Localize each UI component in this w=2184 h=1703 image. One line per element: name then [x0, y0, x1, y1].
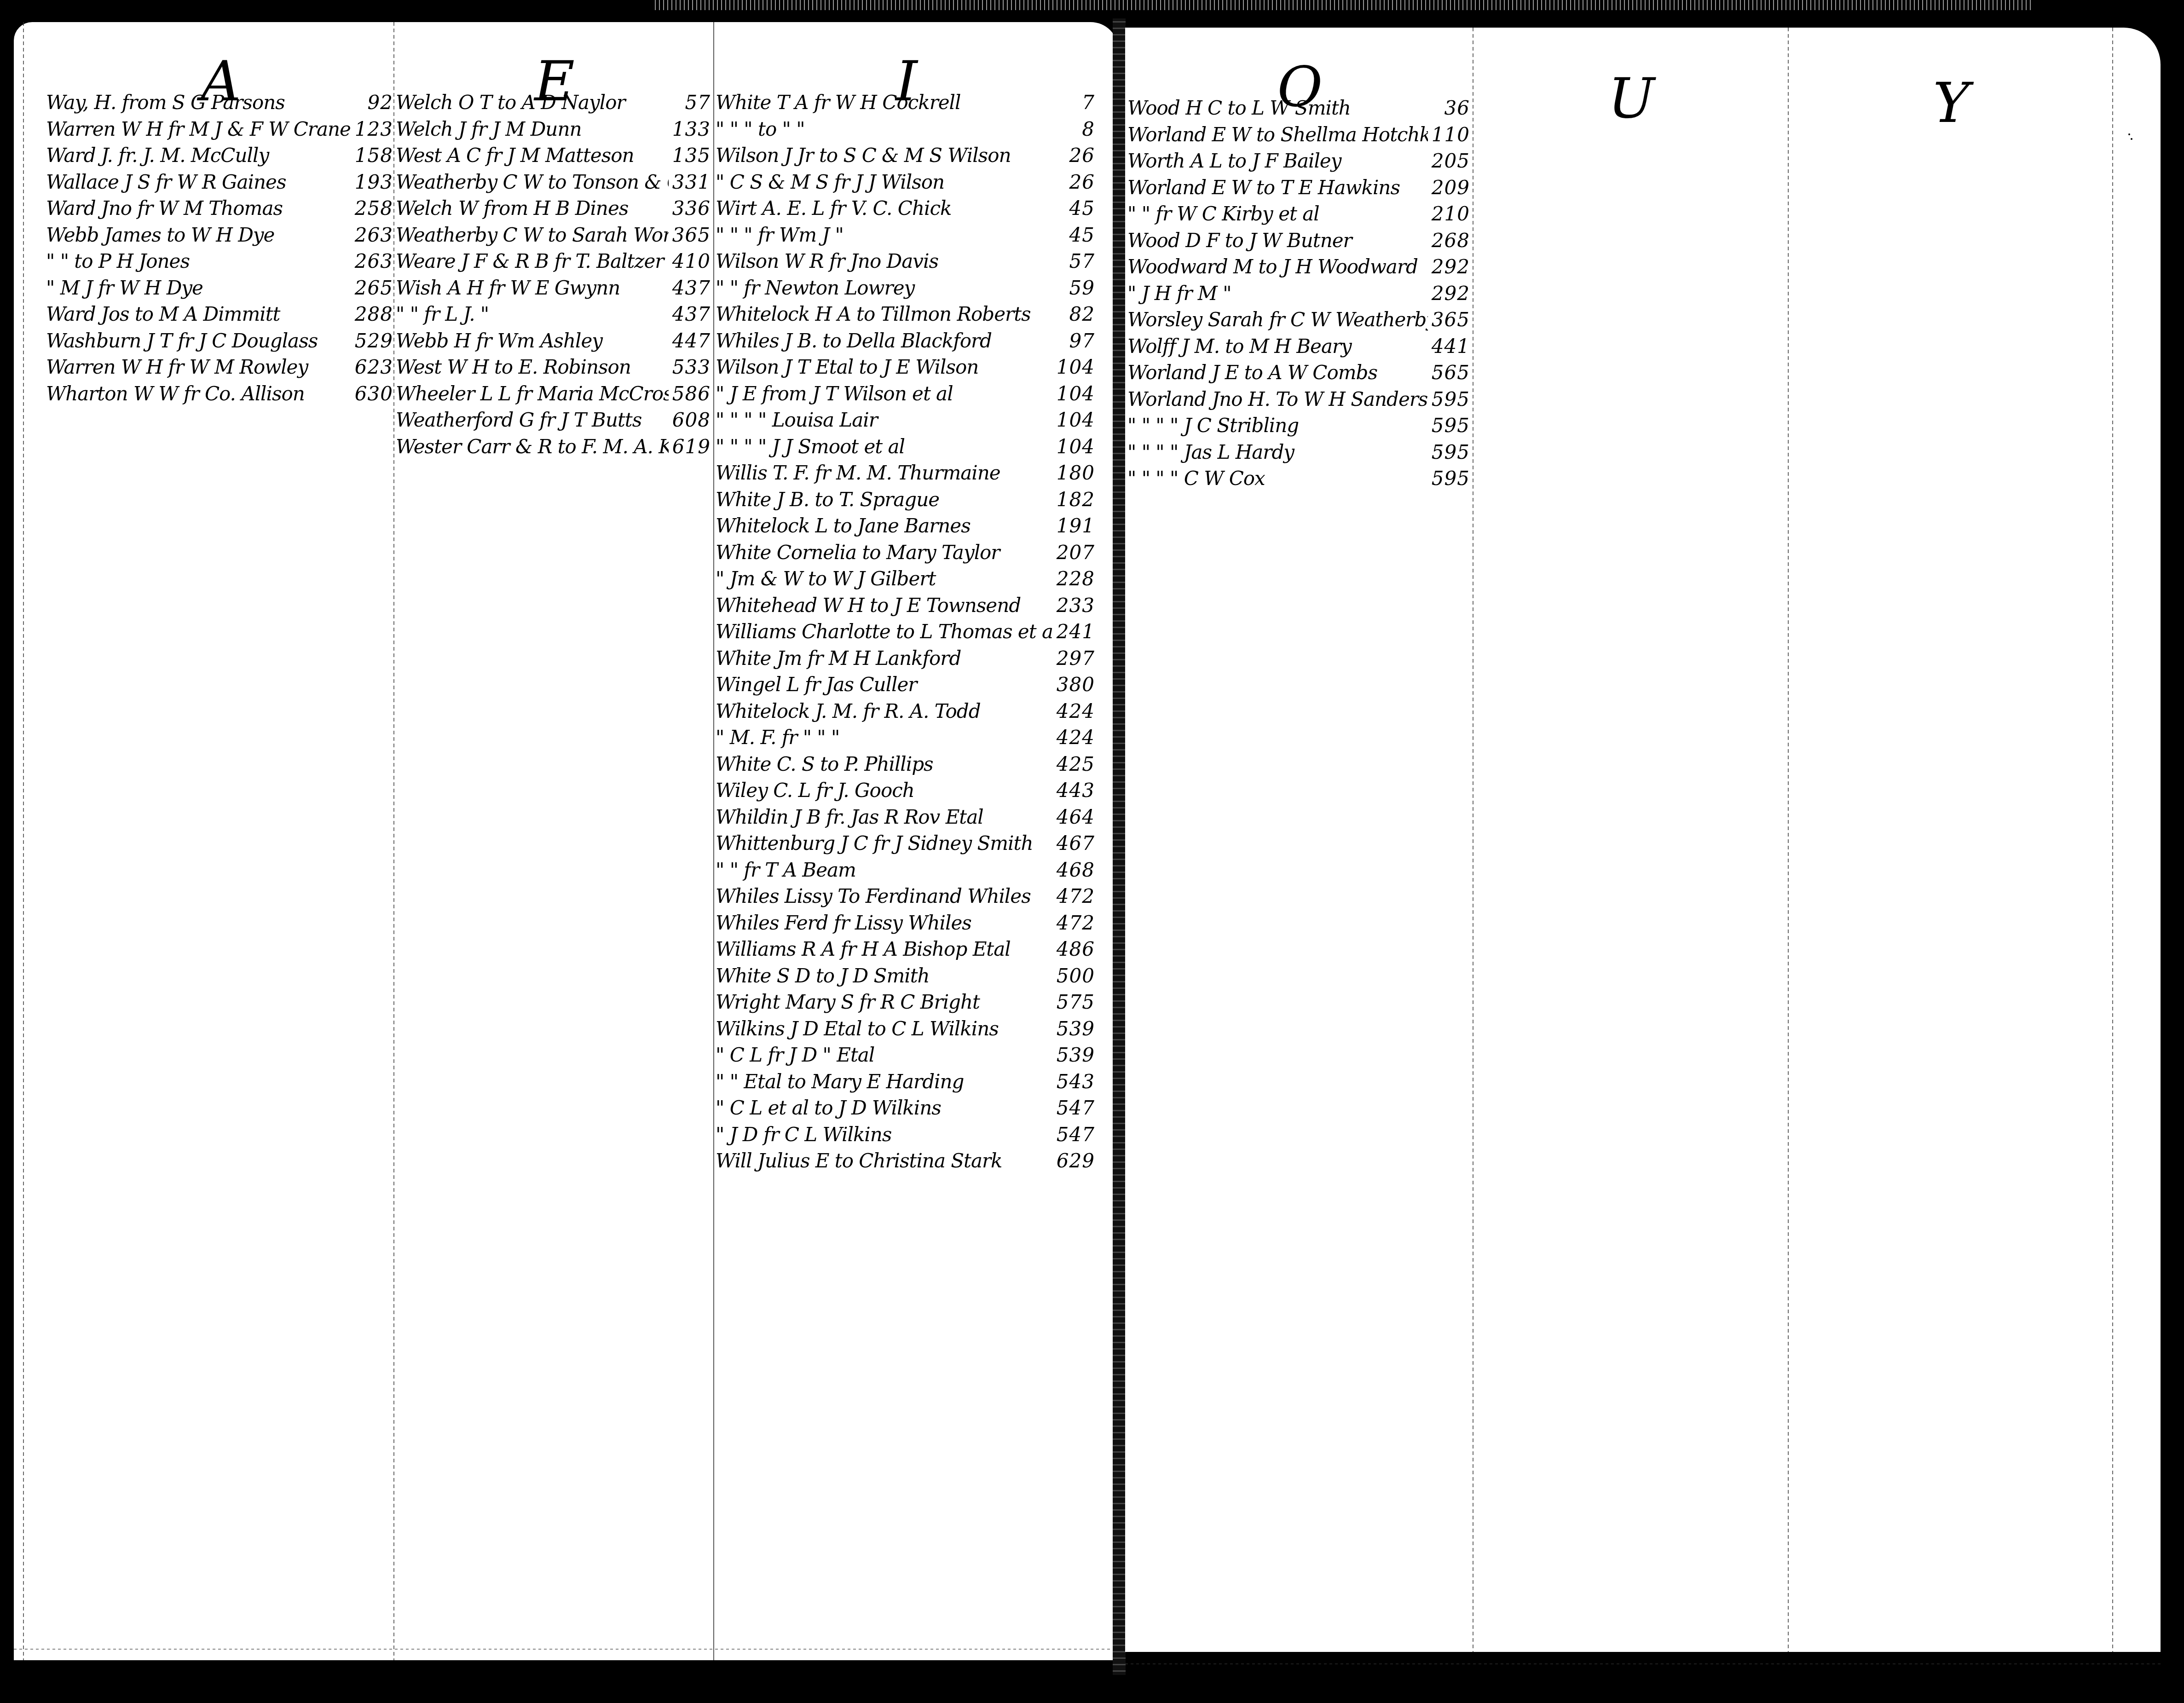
entry-page-number: 595 [1428, 467, 1473, 490]
entry-name: Wester Carr & R to F. M. A. Kimbly [396, 435, 669, 458]
index-entry: Worth A L to J F Bailey205 [1127, 150, 1473, 176]
index-entry: Welch W from H B Dines336 [396, 197, 713, 224]
entry-page-number: 336 [669, 197, 713, 219]
entry-name: Warren W H fr W M Rowley [46, 356, 351, 378]
index-entry: Weare J F & R B fr T. Baltzer et al410 [396, 250, 713, 277]
index-entry: Welch J fr J M Dunn133 [396, 118, 713, 144]
entry-page-number: 331 [669, 171, 713, 193]
column-e: E Welch O T to A D Naylor57Welch J fr J … [396, 22, 713, 1633]
entry-name: White Jm fr M H Lankford [716, 647, 1053, 670]
index-entry: White Cornelia to Mary Taylor207 [716, 541, 1098, 568]
entry-page-number: 263 [351, 224, 396, 246]
scan-artifact [653, 0, 2034, 10]
entry-name: Wiley C. L fr J. Gooch [716, 779, 1053, 802]
index-entry: Whitehead W H to J E Townsend233 [716, 594, 1098, 621]
index-entry: White S D to J D Smith500 [716, 964, 1098, 991]
index-entry: Warren W H fr W M Rowley623 [46, 356, 396, 382]
entry-page-number: 410 [669, 250, 713, 272]
index-entry: White T A fr W H Cockrell7 [716, 91, 1098, 118]
column-y: Y [1790, 28, 2112, 1638]
entry-name: " C L fr J D " Etal [716, 1044, 1053, 1066]
entry-page-number: 265 [351, 277, 396, 299]
index-entry: Wallace J S fr W R Gaines193 [46, 171, 396, 197]
entry-page-number: 8 [1078, 118, 1098, 140]
entry-page-number: 233 [1053, 594, 1098, 617]
index-entry: West W H to E. Robinson533 [396, 356, 713, 382]
entry-page-number: 500 [1053, 964, 1098, 987]
index-entry: West A C fr J M Matteson135 [396, 144, 713, 171]
entry-name: Weatherby C W to Sarah Worsley [396, 224, 669, 246]
entry-page-number: 92 [364, 91, 396, 114]
entry-page-number: 464 [1053, 806, 1098, 828]
entry-name: Ward J. fr. J. M. McCully [46, 144, 351, 167]
entry-page-number: 209 [1428, 176, 1473, 199]
entry-page-number: 441 [1428, 335, 1473, 358]
entry-name: " " " " Jas L Hardy [1127, 441, 1428, 463]
entry-page-number: 547 [1053, 1123, 1098, 1146]
entry-name: Wilson J Jr to S C & M S Wilson [716, 144, 1066, 167]
entry-page-number: 565 [1428, 361, 1473, 384]
index-entry: " " " " J J Smoot et al104 [716, 435, 1098, 462]
entry-name: Whiles Ferd fr Lissy Whiles [716, 912, 1053, 934]
index-entry: " " fr W C Kirby et al210 [1127, 202, 1473, 229]
entry-name: Woodward M to J H Woodward [1127, 255, 1428, 278]
scan-speck [2128, 133, 2130, 135]
index-entry: " " " " C W Cox595 [1127, 467, 1473, 494]
index-entry: Worsley Sarah fr C W Weatherby365 [1127, 308, 1473, 335]
margin-rule [23, 22, 24, 1660]
entry-name: Ward Jos to M A Dimmitt [46, 303, 351, 325]
entry-name: Wright Mary S fr R C Bright [716, 991, 1053, 1013]
entry-name: Wish A H fr W E Gwynn [396, 277, 669, 299]
index-entry: Worland J E to A W Combs565 [1127, 361, 1473, 388]
entry-name: White S D to J D Smith [716, 964, 1053, 987]
entry-page-number: 437 [669, 277, 713, 299]
entry-page-number: 97 [1066, 329, 1098, 352]
column-a: A Way, H. from S G Parsons92Warren W H f… [46, 22, 396, 1633]
margin-rule [2112, 28, 2113, 1652]
index-entry: Whitelock H A to Tillmon Roberts82 [716, 303, 1098, 329]
entry-page-number: 123 [351, 118, 396, 140]
entry-page-number: 595 [1428, 388, 1473, 410]
index-entry: " C L fr J D " Etal539 [716, 1044, 1098, 1070]
index-entry: Ward Jos to M A Dimmitt288 [46, 303, 396, 329]
column-u: U [1475, 28, 1788, 1638]
index-entry: Whiles Lissy To Ferdinand Whiles472 [716, 885, 1098, 912]
bottom-rule [14, 1649, 1118, 1650]
entry-page-number: 26 [1066, 171, 1098, 193]
column-i: I White T A fr W H Cockrell7" " " to " "… [716, 22, 1098, 1633]
index-entry: Ward Jno fr W M Thomas258 [46, 197, 396, 224]
entry-page-number: 547 [1053, 1097, 1098, 1119]
entry-name: White J B. to T. Sprague [716, 488, 1053, 511]
entry-name: White Cornelia to Mary Taylor [716, 541, 1053, 564]
entry-name: Wolff J M. to M H Beary [1127, 335, 1428, 358]
entry-page-number: 104 [1053, 409, 1098, 431]
entry-name: West A C fr J M Matteson [396, 144, 669, 167]
entry-page-number: 472 [1053, 885, 1098, 907]
entry-name: Whitelock L to Jane Barnes [716, 514, 1053, 537]
entry-page-number: 45 [1066, 197, 1098, 219]
entry-page-number: 365 [1428, 308, 1473, 331]
index-entry: " C L et al to J D Wilkins547 [716, 1097, 1098, 1123]
entry-name: " " " " J J Smoot et al [716, 435, 1053, 458]
index-entry: Willis T. F. fr M. M. Thurmaine180 [716, 462, 1098, 488]
entry-page-number: 365 [669, 224, 713, 246]
index-entry: Webb James to W H Dye263 [46, 224, 396, 250]
entry-page-number: 380 [1053, 673, 1098, 696]
entry-page-number: 104 [1053, 356, 1098, 378]
entry-page-number: 447 [669, 329, 713, 352]
index-entry: Wood D F to J W Butner268 [1127, 229, 1473, 256]
entry-list: Wood H C to L W Smith36Worland E W to Sh… [1127, 97, 1473, 494]
entry-name: Wood H C to L W Smith [1127, 97, 1441, 119]
index-entry: Wilkins J D Etal to C L Wilkins539 [716, 1017, 1098, 1044]
entry-name: " " " fr Wm J " [716, 224, 1066, 246]
entry-name: Wharton W W fr Co. Allison [46, 382, 351, 405]
entry-name: " " fr L J. " [396, 303, 669, 325]
entry-name: Willis T. F. fr M. M. Thurmaine [716, 462, 1053, 484]
entry-name: Wilson J T Etal to J E Wilson [716, 356, 1053, 378]
entry-name: Whiles J B. to Della Blackford [716, 329, 1066, 352]
index-entry: Wheeler L L fr Maria McCrosky586 [396, 382, 713, 409]
bottom-rule [1125, 1663, 2161, 1664]
entry-name: " " fr W C Kirby et al [1127, 202, 1428, 225]
entry-name: " C S & M S fr J J Wilson [716, 171, 1066, 193]
index-entry: Williams R A fr H A Bishop Etal486 [716, 938, 1098, 964]
column-rule [1788, 28, 1789, 1652]
entry-page-number: 82 [1066, 303, 1098, 325]
entry-page-number: 539 [1053, 1044, 1098, 1066]
entry-name: " J D fr C L Wilkins [716, 1123, 1053, 1146]
index-entry: Way, H. from S G Parsons92 [46, 91, 396, 118]
column-rule [713, 22, 714, 1660]
entry-list: White T A fr W H Cockrell7" " " to " "8W… [716, 91, 1098, 1176]
entry-page-number: 595 [1428, 414, 1473, 437]
entry-name: West W H to E. Robinson [396, 356, 669, 378]
entry-page-number: 59 [1066, 277, 1098, 299]
entry-page-number: 104 [1053, 435, 1098, 458]
entry-name: " M. F. fr " " " [716, 726, 1053, 749]
index-entry: White J B. to T. Sprague182 [716, 488, 1098, 515]
entry-page-number: 57 [682, 91, 713, 114]
index-entry: Wilson J T Etal to J E Wilson104 [716, 356, 1098, 382]
index-entry: Weatherford G fr J T Butts608 [396, 409, 713, 435]
entry-name: " C L et al to J D Wilkins [716, 1097, 1053, 1119]
index-entry: " " " " Jas L Hardy595 [1127, 441, 1473, 468]
entry-name: Whitelock H A to Tillmon Roberts [716, 303, 1066, 325]
entry-name: Whitelock J. M. fr R. A. Todd [716, 700, 1053, 722]
entry-page-number: 57 [1066, 250, 1098, 272]
entry-name: " " to P H Jones [46, 250, 351, 272]
entry-name: Ward Jno fr W M Thomas [46, 197, 351, 219]
entry-page-number: 180 [1053, 462, 1098, 484]
entry-name: " " Etal to Mary E Harding [716, 1070, 1053, 1093]
index-entry: Wish A H fr W E Gwynn437 [396, 277, 713, 303]
entry-page-number: 241 [1053, 620, 1098, 643]
entry-page-number: 623 [351, 356, 396, 378]
entry-name: Wheeler L L fr Maria McCrosky [396, 382, 669, 405]
entry-name: Whiles Lissy To Ferdinand Whiles [716, 885, 1053, 907]
entry-name: Warren W H fr M J & F W Crane [46, 118, 351, 140]
entry-page-number: 288 [351, 303, 396, 325]
index-entry: Worland E W to Shellma Hotchkiss110 [1127, 123, 1473, 150]
index-entry: " Jm & W to W J Gilbert228 [716, 567, 1098, 594]
entry-name: Worsley Sarah fr C W Weatherby [1127, 308, 1428, 331]
column-heading: Y [1790, 76, 2112, 131]
index-entry: Wilson W R fr Jno Davis57 [716, 250, 1098, 277]
index-entry: Worland E W to T E Hawkins209 [1127, 176, 1473, 203]
entry-page-number: 543 [1053, 1070, 1098, 1093]
column-heading: U [1475, 71, 1788, 127]
entry-page-number: 36 [1441, 97, 1473, 119]
entry-page-number: 207 [1053, 541, 1098, 564]
entry-name: " J E from J T Wilson et al [716, 382, 1053, 405]
index-entry: Worland Jno H. To W H Sanders595 [1127, 388, 1473, 415]
index-entry: " C S & M S fr J J Wilson26 [716, 171, 1098, 197]
entry-name: " " " " J C Stribling [1127, 414, 1428, 437]
index-entry: Weatherby C W to Sarah Worsley365 [396, 224, 713, 250]
entry-name: Wirt A. E. L fr V. C. Chick [716, 197, 1066, 219]
index-entry: " J D fr C L Wilkins547 [716, 1123, 1098, 1150]
scan-speck [2131, 138, 2132, 140]
entry-page-number: 292 [1428, 282, 1473, 305]
entry-name: " " fr T A Beam [716, 859, 1053, 881]
entry-page-number: 297 [1053, 647, 1098, 670]
entry-name: Whitehead W H to J E Townsend [716, 594, 1053, 617]
index-entry: " " fr T A Beam468 [716, 859, 1098, 885]
index-entry: Wiley C. L fr J. Gooch443 [716, 779, 1098, 806]
entry-page-number: 595 [1428, 441, 1473, 463]
entry-page-number: 539 [1053, 1017, 1098, 1040]
entry-name: White C. S to P. Phillips [716, 753, 1053, 775]
index-entry: " " fr L J. "437 [396, 303, 713, 329]
entry-page-number: 424 [1053, 726, 1098, 749]
index-entry: Whiles J B. to Della Blackford97 [716, 329, 1098, 356]
entry-page-number: 292 [1428, 255, 1473, 278]
entry-name: " " " to " " [716, 118, 1078, 140]
index-entry: " J E from J T Wilson et al104 [716, 382, 1098, 409]
entry-page-number: 486 [1053, 938, 1098, 960]
entry-page-number: 228 [1053, 567, 1098, 590]
index-entry: Whittenburg J C fr J Sidney Smith467 [716, 832, 1098, 859]
entry-page-number: 630 [351, 382, 396, 405]
index-entry: Wood H C to L W Smith36 [1127, 97, 1473, 123]
entry-page-number: 205 [1428, 150, 1473, 172]
entry-name: Weare J F & R B fr T. Baltzer et al [396, 250, 669, 272]
ledger-scan: A Way, H. from S G Parsons92Warren W H f… [0, 0, 2184, 1703]
index-entry: " M J fr W H Dye265 [46, 277, 396, 303]
entry-page-number: 608 [669, 409, 713, 431]
entry-page-number: 110 [1428, 123, 1473, 146]
index-entry: " " " to " "8 [716, 118, 1098, 144]
book-gutter [1113, 18, 1126, 1675]
entry-name: " Jm & W to W J Gilbert [716, 567, 1053, 590]
index-entry: Wirt A. E. L fr V. C. Chick45 [716, 197, 1098, 224]
index-entry: Whiles Ferd fr Lissy Whiles472 [716, 912, 1098, 938]
entry-page-number: 425 [1053, 753, 1098, 775]
entry-page-number: 133 [669, 118, 713, 140]
entry-name: Welch O T to A D Naylor [396, 91, 682, 114]
entry-name: Whildin J B fr. Jas R Rov Etal [716, 806, 1053, 828]
entry-name: Will Julius E to Christina Stark [716, 1149, 1053, 1172]
index-entry: White C. S to P. Phillips425 [716, 753, 1098, 779]
left-page: A Way, H. from S G Parsons92Warren W H f… [14, 22, 1118, 1660]
entry-page-number: 437 [669, 303, 713, 325]
entry-page-number: 586 [669, 382, 713, 405]
entry-name: Williams Charlotte to L Thomas et al [716, 620, 1053, 643]
entry-name: Worland E W to T E Hawkins [1127, 176, 1428, 199]
entry-page-number: 7 [1078, 91, 1098, 114]
index-entry: Webb H fr Wm Ashley447 [396, 329, 713, 356]
entry-name: Wood D F to J W Butner [1127, 229, 1428, 252]
entry-name: Webb H fr Wm Ashley [396, 329, 669, 352]
index-entry: Wingel L fr Jas Culler380 [716, 673, 1098, 700]
index-entry: Whitelock L to Jane Barnes191 [716, 514, 1098, 541]
entry-page-number: 629 [1053, 1149, 1098, 1172]
entry-page-number: 191 [1053, 514, 1098, 537]
entry-name: Worland E W to Shellma Hotchkiss [1127, 123, 1428, 146]
entry-page-number: 193 [351, 171, 396, 193]
entry-name: Wallace J S fr W R Gaines [46, 171, 351, 193]
entry-name: Welch W from H B Dines [396, 197, 669, 219]
index-entry: " " to P H Jones263 [46, 250, 396, 277]
index-entry: White Jm fr M H Lankford297 [716, 647, 1098, 674]
index-entry: Whildin J B fr. Jas R Rov Etal464 [716, 806, 1098, 832]
column-rule [1473, 28, 1473, 1652]
entry-name: " " " " Louisa Lair [716, 409, 1053, 431]
entry-name: Whittenburg J C fr J Sidney Smith [716, 832, 1053, 854]
column-o: O Wood H C to L W Smith36Worland E W to … [1127, 28, 1473, 1638]
entry-name: Way, H. from S G Parsons [46, 91, 364, 114]
entry-name: White T A fr W H Cockrell [716, 91, 1078, 114]
index-entry: Warren W H fr M J & F W Crane123 [46, 118, 396, 144]
index-entry: Ward J. fr. J. M. McCully158 [46, 144, 396, 171]
entry-name: " " fr Newton Lowrey [716, 277, 1066, 299]
entry-name: Weatherby C W to Tonson & Cooke [396, 171, 669, 193]
entry-page-number: 158 [351, 144, 396, 167]
entry-page-number: 575 [1053, 991, 1098, 1013]
entry-page-number: 210 [1428, 202, 1473, 225]
entry-page-number: 268 [1428, 229, 1473, 252]
entry-name: Worland J E to A W Combs [1127, 361, 1428, 384]
entry-name: Webb James to W H Dye [46, 224, 351, 246]
index-entry: Wilson J Jr to S C & M S Wilson26 [716, 144, 1098, 171]
entry-name: " M J fr W H Dye [46, 277, 351, 299]
entry-list: Way, H. from S G Parsons92Warren W H fr … [46, 91, 396, 409]
index-entry: Whitelock J. M. fr R. A. Todd424 [716, 700, 1098, 727]
entry-name: Wilkins J D Etal to C L Wilkins [716, 1017, 1053, 1040]
entry-page-number: 258 [351, 197, 396, 219]
index-entry: " " " " J C Stribling595 [1127, 414, 1473, 441]
index-entry: " M. F. fr " " "424 [716, 726, 1098, 753]
entry-list: Welch O T to A D Naylor57Welch J fr J M … [396, 91, 713, 462]
entry-name: Weatherford G fr J T Butts [396, 409, 669, 431]
entry-page-number: 135 [669, 144, 713, 167]
index-entry: " " Etal to Mary E Harding543 [716, 1070, 1098, 1097]
index-entry: Wright Mary S fr R C Bright575 [716, 991, 1098, 1017]
entry-name: Worland Jno H. To W H Sanders [1127, 388, 1428, 410]
index-entry: " " " " Louisa Lair104 [716, 409, 1098, 435]
index-entry: Williams Charlotte to L Thomas et al241 [716, 620, 1098, 647]
entry-page-number: 619 [669, 435, 713, 458]
entry-page-number: 472 [1053, 912, 1098, 934]
index-entry: " " " fr Wm J "45 [716, 224, 1098, 250]
index-entry: " " fr Newton Lowrey59 [716, 277, 1098, 303]
entry-name: Wilson W R fr Jno Davis [716, 250, 1066, 272]
index-entry: Weatherby C W to Tonson & Cooke331 [396, 171, 713, 197]
entry-page-number: 263 [351, 250, 396, 272]
entry-page-number: 424 [1053, 700, 1098, 722]
index-entry: Washburn J T fr J C Douglass529 [46, 329, 396, 356]
right-page: O Wood H C to L W Smith36Worland E W to … [1125, 28, 2161, 1652]
entry-page-number: 443 [1053, 779, 1098, 802]
entry-name: Washburn J T fr J C Douglass [46, 329, 351, 352]
entry-name: Williams R A fr H A Bishop Etal [716, 938, 1053, 960]
entry-page-number: 533 [669, 356, 713, 378]
index-entry: Wolff J M. to M H Beary441 [1127, 335, 1473, 362]
index-entry: Wharton W W fr Co. Allison630 [46, 382, 396, 409]
entry-page-number: 45 [1066, 224, 1098, 246]
entry-name: Worth A L to J F Bailey [1127, 150, 1428, 172]
entry-name: Welch J fr J M Dunn [396, 118, 669, 140]
entry-page-number: 529 [351, 329, 396, 352]
entry-page-number: 104 [1053, 382, 1098, 405]
index-entry: Wester Carr & R to F. M. A. Kimbly619 [396, 435, 713, 462]
entry-page-number: 468 [1053, 859, 1098, 881]
entry-name: " " " " C W Cox [1127, 467, 1428, 490]
index-entry: Welch O T to A D Naylor57 [396, 91, 713, 118]
index-entry: Woodward M to J H Woodward292 [1127, 255, 1473, 282]
entry-page-number: 182 [1053, 488, 1098, 511]
entry-name: Wingel L fr Jas Culler [716, 673, 1053, 696]
index-entry: " J H fr M "292 [1127, 282, 1473, 309]
entry-page-number: 26 [1066, 144, 1098, 167]
entry-page-number: 467 [1053, 832, 1098, 854]
index-entry: Will Julius E to Christina Stark629 [716, 1149, 1098, 1176]
entry-name: " J H fr M " [1127, 282, 1428, 305]
